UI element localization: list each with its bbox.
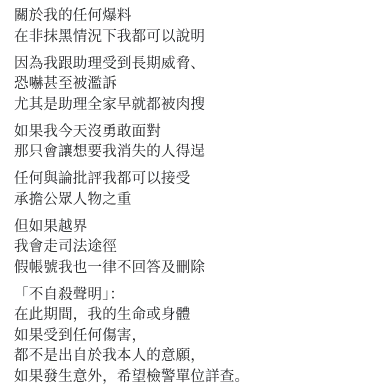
text-line: 都不是出自於我本人的意願，: [14, 346, 370, 367]
text-line: 因為我跟助理受到長期威脅、: [14, 54, 370, 75]
paragraph-3: 如果我今天沒勇敢面對 那只會讓想要我消失的人得逞: [14, 122, 370, 163]
paragraph-5: 但如果越界 我會走司法途徑 假帳號我也一律不回答及刪除: [14, 217, 370, 279]
text-line: 尤其是助理全家早就都被肉搜: [14, 95, 370, 116]
paragraph-4: 任何與論批評我都可以接受 承擔公眾人物之重: [14, 169, 370, 210]
text-line: 任何與論批評我都可以接受: [14, 169, 370, 190]
text-line: 假帳號我也一律不回答及刪除: [14, 258, 370, 279]
text-line: 我會走司法途徑: [14, 237, 370, 258]
text-line: 關於我的任何爆料: [14, 6, 370, 27]
paragraph-1: 關於我的任何爆料 在非抹黑情況下我都可以說明: [14, 6, 370, 47]
text-line: 如果我今天沒勇敢面對: [14, 122, 370, 143]
text-line: 在非抹黑情況下我都可以說明: [14, 27, 370, 48]
text-line: 但如果越界: [14, 217, 370, 238]
text-line: 承擔公眾人物之重: [14, 190, 370, 211]
text-line: 如果受到任何傷害，: [14, 326, 370, 347]
text-line: 恐嚇甚至被濫訴: [14, 74, 370, 95]
text-line: 在此期間，我的生命或身體: [14, 305, 370, 326]
text-line: 那只會讓想要我消失的人得逞: [14, 142, 370, 163]
post-text: 關於我的任何爆料 在非抹黑情況下我都可以說明 因為我跟助理受到長期威脅、 恐嚇甚…: [0, 0, 384, 387]
text-line: 如果發生意外，希望檢警單位詳查。: [14, 367, 370, 388]
paragraph-2: 因為我跟助理受到長期威脅、 恐嚇甚至被濫訴 尤其是助理全家早就都被肉搜: [14, 54, 370, 116]
text-line: 「不自殺聲明」：: [14, 285, 370, 306]
paragraph-6: 「不自殺聲明」： 在此期間，我的生命或身體 如果受到任何傷害， 都不是出自於我本…: [14, 285, 370, 388]
